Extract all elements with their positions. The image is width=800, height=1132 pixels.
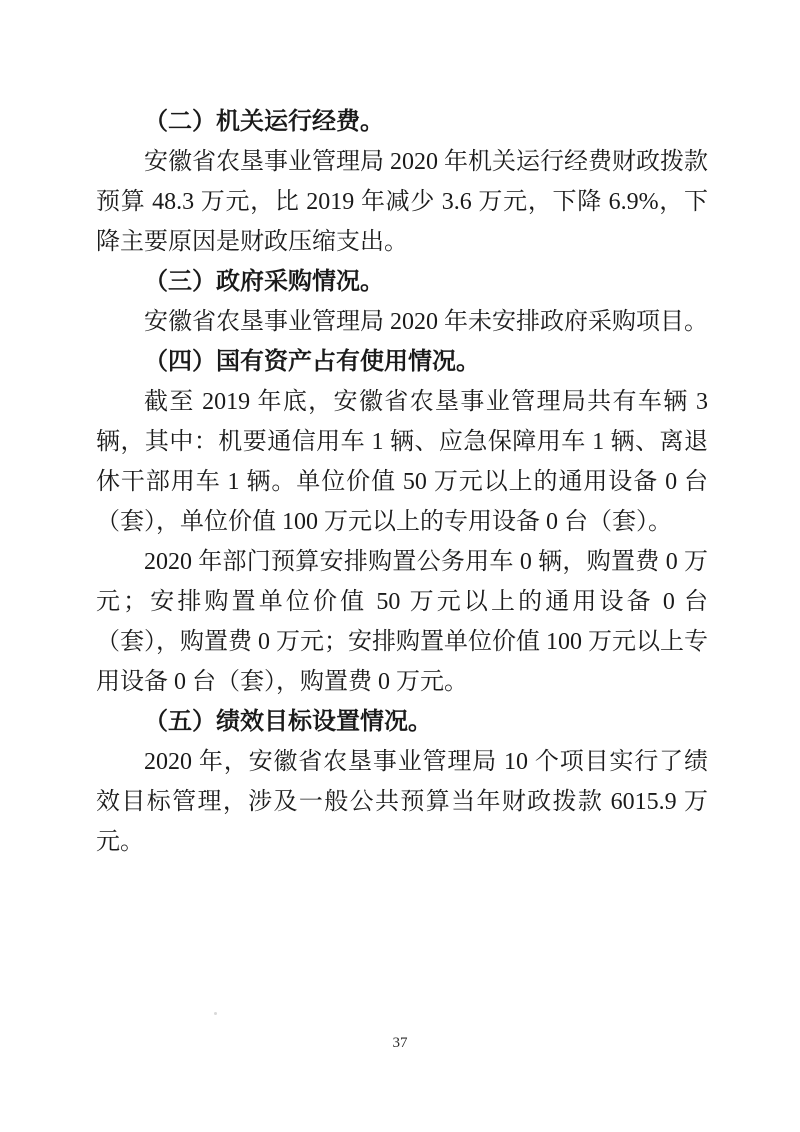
- page-number: 37: [0, 1032, 800, 1054]
- document-body: （二）机关运行经费。 安徽省农垦事业管理局 2020 年机关运行经费财政拨款预算…: [96, 102, 708, 862]
- section-heading-3: （三）政府采购情况。: [96, 262, 708, 302]
- section-heading-5: （五）绩效目标设置情况。: [96, 702, 708, 742]
- section-3-paragraph: 安徽省农垦事业管理局 2020 年未安排政府采购项目。: [96, 302, 708, 342]
- scan-artifact-speck: [214, 1012, 217, 1015]
- document-page: （二）机关运行经费。 安徽省农垦事业管理局 2020 年机关运行经费财政拨款预算…: [0, 0, 800, 1132]
- section-2-paragraph: 安徽省农垦事业管理局 2020 年机关运行经费财政拨款预算 48.3 万元，比 …: [96, 142, 708, 262]
- section-heading-4: （四）国有资产占有使用情况。: [96, 342, 708, 382]
- section-4-paragraph-2: 2020 年部门预算安排购置公务用车 0 辆，购置费 0 万元；安排购置单位价值…: [96, 542, 708, 702]
- section-heading-2: （二）机关运行经费。: [96, 102, 708, 142]
- section-5-paragraph: 2020 年，安徽省农垦事业管理局 10 个项目实行了绩效目标管理，涉及一般公共…: [96, 742, 708, 862]
- section-4-paragraph-1: 截至 2019 年底，安徽省农垦事业管理局共有车辆 3 辆，其中：机要通信用车 …: [96, 382, 708, 542]
